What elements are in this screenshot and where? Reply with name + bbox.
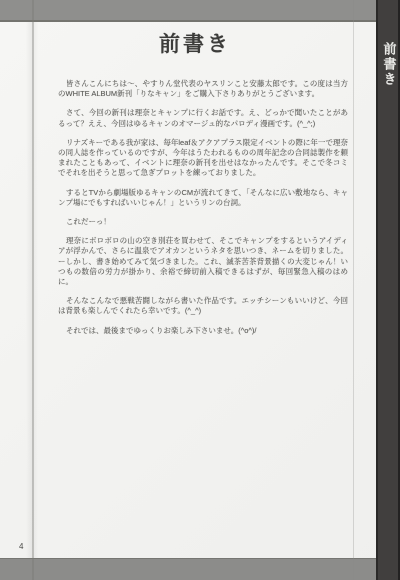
paragraph-greeting: 皆さんこんにちは～、やすりん堂代表のヤスリンこと安藤太郎です。この度は当方のWH… [58, 79, 348, 99]
spine-tab-label: 前書き [380, 42, 399, 87]
page-number: 4 [19, 542, 23, 551]
paragraph-closing-2: それでは、最後までゆっくりお楽しみ下さいませ。(^o^)/ [58, 326, 348, 336]
preface-text: 皆さんこんにちは～、やすりん堂代表のヤスリンこと安藤太郎です。この度は当方のWH… [58, 79, 348, 345]
scan-edge-top [0, 0, 378, 22]
scanned-preface-page: { "page": { "title": "前書き", "page_number… [0, 0, 400, 580]
page-crease-line-right [353, 0, 354, 580]
paragraph-tv-cm: するとTVから劇場版ゆるキャンのCMが流れてきて、「そんなに広い敷地なら、キャン… [58, 188, 348, 208]
paragraph-closing-1: そんなこんなで悪戦苦闘しながら書いた作品です。エッチシーンもいいけど、今回は背景… [58, 296, 348, 316]
paragraph-intro: さて、今回の新刊は理奈とキャンプに行くお話です。え、どっかで聞いたことがあるって… [58, 108, 348, 128]
page-crease-line-left [32, 0, 34, 580]
page-title: 前書き [35, 28, 355, 58]
scan-edge-bottom [0, 558, 378, 580]
paragraph-exclamation: これだーっ！ [58, 217, 348, 227]
page-content: 前書き 皆さんこんにちは～、やすりん堂代表のヤスリンこと安藤太郎です。この度は当… [35, 0, 355, 580]
paragraph-idea: 理奈にボロボロの山の空き別荘を買わせて、そこでキャンプをするというアイディアが浮… [58, 236, 348, 287]
spine-tab: 前書き [376, 0, 400, 580]
paragraph-background: リナズキーである我が家は、毎年leaf＆アクアプラス限定イベントの際に年一で理奈… [58, 138, 348, 179]
